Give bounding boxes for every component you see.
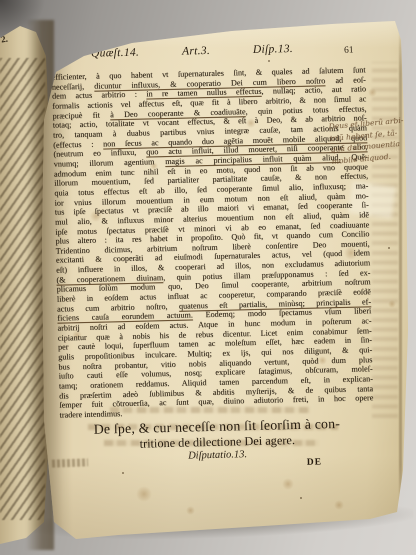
running-header-quaest: Quæſt.14. [91,47,139,60]
catchword: DE [307,457,322,467]
running-header-art: Art.3. [182,45,210,58]
book-page-photo: 2. Quæſt.14. Art.3. Diſp.13. [0,0,416,555]
running-header: Quæſt.14. Art.3. Diſp.13. [91,43,293,60]
handwritten-marginal-note: Deus et liberũ arbi-triũ habent ſe, tã-q… [328,113,416,167]
book-page: Quæſt.14. Art.3. Diſp.13. 61 efficienter… [0,0,416,555]
body-text: efficienter, à quo habent vt ſupernatura… [52,65,374,420]
running-header-disp: Diſp.13. [253,43,293,56]
verso-page-number: 2. [0,34,8,45]
page-number: 61 [344,46,354,56]
page-content: Quæſt.14. Art.3. Diſp.13. 61 efficienter… [0,0,416,555]
